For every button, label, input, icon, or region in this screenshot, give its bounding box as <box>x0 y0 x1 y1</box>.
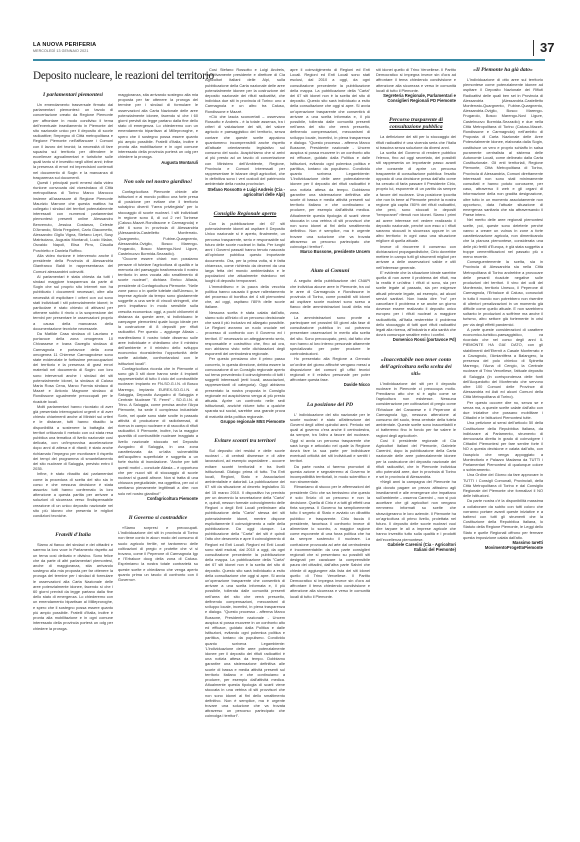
column-2: maggioranza, stia arrivando sostegno all… <box>118 92 198 832</box>
paragraph: A parte queste considerazioni di caratte… <box>463 327 543 400</box>
signature: Stefano Rossotto e Luigi Andreis (Cia - … <box>205 187 285 197</box>
article-title-pd: La posizione del PD <box>290 402 370 409</box>
paragraph: Da parte nostra c'è la disponibilità mas… <box>463 498 543 540</box>
paragraph: siti idonei quello di Trino Vercellese. … <box>376 67 456 93</box>
paragraph: Per questo pensiamo che il primo passo c… <box>205 356 285 418</box>
column-5: siti idonei quello di Trino Vercellese. … <box>376 67 456 832</box>
paragraph: Nel merito delle aree regionali piemonte… <box>463 217 543 259</box>
paragraph: Da Matilde Casa sindaca di Lauriano e po… <box>33 331 113 404</box>
paragraph: Per questo occorre dire no, senza se e s… <box>463 400 543 421</box>
paragraph: Rimaniamo di stucco per le affermazioni … <box>290 484 370 598</box>
article-title-gia-dato: «Il Piemonte ha già dato» <box>463 67 543 74</box>
article-title-governo: Il Governo si contraddice <box>118 515 198 522</box>
paragraph: Siamo al fianco dei sindaci e dei cittad… <box>33 542 113 630</box>
paragraph: apre il coinvolgimento di Regioni ed Ent… <box>290 67 370 249</box>
header-rule <box>33 59 545 61</box>
signature: Segreteria Regionale, Parlamentari e Con… <box>376 93 456 103</box>
paragraph: "Occorre essere chiari: non possiamo pen… <box>118 256 198 365</box>
paragraph: La scelta del Governo di rendere pubblic… <box>376 150 456 244</box>
paragraph: Invece di rincorrere il consenso con dic… <box>376 244 456 270</box>
paragraph: Così il presidente regionale di Cia Agri… <box>376 438 456 480</box>
article-title-fratelli-italia: Fratelli d'Italia <box>33 532 113 539</box>
paragraph: «Ciò che lascia sconcertati – osservano … <box>205 114 285 187</box>
paragraph: Così Stefano Rossotto e Luigi Andreis, r… <box>205 67 285 114</box>
article-title-parlamentari: I parlamentari piemontesi <box>33 92 113 99</box>
paragraph: «Negli anni la campagna del Piemonte ha … <box>376 479 456 541</box>
article-title-percorso: Percorso trasparente di consultazione pu… <box>376 117 456 131</box>
page-headline: Deposito nucleare, le reazioni del terri… <box>33 70 200 82</box>
paragraph: L'immobilismo e la paura della vecchia p… <box>205 284 285 310</box>
newspaper-name: LA NUOVA PERIFERIA <box>33 42 96 48</box>
article-title-scontri: Evitare scontri tra territori <box>205 438 285 445</box>
column-3: Così Stefano Rossotto e Luigi Andreis, r… <box>205 67 285 832</box>
paragraph: L'individuazione dei siti per il deposit… <box>376 381 456 438</box>
paragraph: Da parte nostra ci faremo promotori di q… <box>290 464 370 485</box>
column-4: apre il coinvolgimento di Regioni ed Ent… <box>290 67 370 832</box>
paragraph: Nessuna scelta è stata calata dall'alto,… <box>205 310 285 357</box>
issue-date: MERCOLEDÌ 13 GENNAIO 2021 <box>33 49 88 53</box>
paragraph: Ai parlamentari è stata chiesta da tutti… <box>33 274 113 331</box>
paragraph: maggioranza, stia arrivando sostegno all… <box>118 92 198 160</box>
paragraph: Una petizione ai sensi dell'articolo 50 … <box>463 420 543 472</box>
column-6: «Il Piemonte ha già dato» L'individuazio… <box>463 67 543 832</box>
paragraph: «Siamo sorpresi e preoccupati. L'individ… <box>118 525 198 582</box>
paragraph: Con la pubblicazione dei 67 siti potenzi… <box>205 221 285 283</box>
masthead: LA NUOVA PERIFERIA MERCOLEDÌ 13 GENNAIO … <box>33 42 545 62</box>
signature: Marco Bussone, presidente Uncem <box>290 249 370 254</box>
paragraph: L'individuazione di otto aree sul territ… <box>463 77 543 217</box>
paragraph: Infine, è stato ribadito dai parlamentar… <box>33 471 113 518</box>
paragraph: L' individuazione del sito nazionale per… <box>290 412 370 464</box>
page-number: 37 <box>533 40 554 56</box>
article-title-non-solo: Non solo nel nostro giardino! <box>118 179 198 186</box>
paragraph: Sul deposito dei residui e delle scorie … <box>205 448 285 719</box>
paragraph: Ho presentato alla Regione a Gennaio un'… <box>290 356 370 382</box>
paragraph: Confagricoltura Piemonte chiede alle ist… <box>118 189 198 257</box>
paragraph: Una Ordine del Giorno da fare approvare … <box>463 472 543 498</box>
paragraph: La amministrazioni sono pronte a parteci… <box>290 315 370 357</box>
paragraph: Molti parlamentari hanno ricordato di av… <box>33 404 113 472</box>
column-1: I parlamentari piemontesi Un emendamento… <box>33 92 113 832</box>
article-title-inaccettabile: «Inaccettabile non tener conto dell'agri… <box>376 357 456 378</box>
signature: Gabriele Carenini (Cia - Agricoltori Ita… <box>376 542 456 552</box>
paragraph: Confagricoltura ricorda che in Piemonte … <box>118 366 198 496</box>
paragraph: Conseguentemente la scelta, sia in Provi… <box>463 259 543 327</box>
paragraph: A seguito della pubblicazione del CNAPI … <box>290 278 370 314</box>
paragraph: La definizione dei siti per lo stoccaggi… <box>376 134 456 150</box>
paragraph: Un emendamento trasversale firmato dai p… <box>33 102 113 180</box>
paragraph: Alla video riunione è intervenuto anche … <box>33 253 113 274</box>
signature: Massimo Iaretti MovimentoProgettoPiemont… <box>463 540 543 550</box>
paragraph: E' evidente che la situazione ideale sar… <box>376 270 456 338</box>
article-title-aiuto: Aiuto ai Comuni <box>290 268 370 275</box>
article-title-consiglio: Consiglio Regionale aperto <box>205 211 285 218</box>
paragraph: Questi i principali punti emersi dalla v… <box>33 180 113 253</box>
